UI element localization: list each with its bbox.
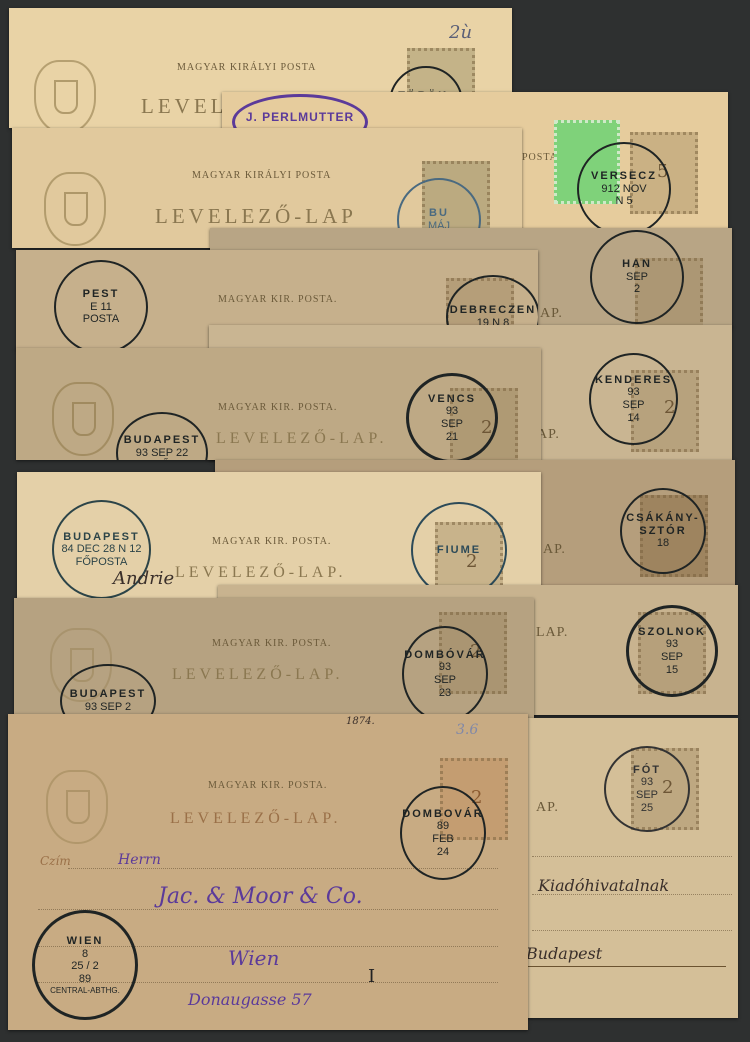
card-header: MAGYAR KIR. POSTA. <box>218 402 337 413</box>
postmark-left: WIEN825 / 289CENTRAL-ABTHG. <box>32 910 138 1020</box>
postcard-7: MAGYAR KIR. POSTA. LEVELEZŐ-LAP. BUDAPES… <box>16 348 541 460</box>
postmark: VERSECZ912 NOVN 5 <box>577 142 671 236</box>
card-header: MAGYAR KIR. POSTA. <box>218 294 337 305</box>
card-title: LEVELEZŐ-LAP. <box>172 666 344 684</box>
postcard-13: MAGYAR KIR. POSTA. LEVELEZŐ-LAP. 1874. 3… <box>8 714 528 1030</box>
postmark: HANSEP2 <box>590 230 684 324</box>
postmark-left: PESTE 11POSTA <box>54 260 148 350</box>
card-title: AP. <box>536 800 559 816</box>
card-header: MAGYAR KIRÁLYI POSTA <box>192 170 331 181</box>
card-title: LAP. <box>536 625 568 641</box>
postmark-right: DOMBOVÁR89FEB24 <box>400 786 486 880</box>
card-title: LEVELEZŐ-LAP. <box>170 810 342 828</box>
handwriting-line-1: Herrn <box>118 852 161 868</box>
handwriting-line-3: Wien <box>228 946 279 970</box>
handwriting-line-2: Budapest <box>526 944 602 963</box>
address-line <box>38 909 498 911</box>
card-header: POSTA <box>522 152 558 163</box>
postmark: SZOLNOK93SEP15 <box>626 605 718 697</box>
handwriting-line-1: Kiadóhivatalnak <box>538 876 669 895</box>
postmark-left: BUDAPEST93 SEP 22FŐ <box>116 412 208 460</box>
card-title: LEVELEZŐ-LAP. <box>175 564 347 582</box>
card-title: LEVELEZŐ-LAP <box>155 204 357 229</box>
postmark-right: FIUME <box>411 502 507 598</box>
card-header: MAGYAR KIR. POSTA. <box>212 536 331 547</box>
card-title: LEVELEZŐ-LAP. <box>216 430 388 448</box>
postcard-9: BUDAPEST84 DEC 28 N 12FŐPOSTA MAGYAR KIR… <box>17 472 541 598</box>
annotation: 2ù <box>449 22 472 43</box>
address-line <box>532 894 732 896</box>
card-header: MAGYAR KIR. POSTA. <box>212 638 331 649</box>
coat-of-arms-icon <box>46 770 108 844</box>
coat-of-arms-icon <box>52 382 114 456</box>
address-label: Czím <box>40 854 71 868</box>
handwriting-line-4: Donaugasse 57 <box>188 990 312 1009</box>
postmark: CSÁKÁNY-SZTÓR18 <box>620 488 706 574</box>
postmark: KENDERES93SEP14 <box>589 353 678 445</box>
card-title: AP. <box>540 306 563 322</box>
card-header: MAGYAR KIRÁLYI POSTA <box>177 62 316 73</box>
address-line <box>532 930 732 932</box>
address-line <box>532 856 732 858</box>
handwriting: Andrie <box>113 568 174 589</box>
card-header: MAGYAR KIR. POSTA. <box>208 780 327 791</box>
postcard-11: MAGYAR KIR. POSTA. LEVELEZŐ-LAP. BUDAPES… <box>14 598 534 718</box>
mark: I <box>368 966 375 987</box>
annotation-year: 1874. <box>346 716 375 727</box>
postmark: FÓT93SEP25 <box>604 746 690 832</box>
card-title: AP. <box>543 542 566 558</box>
postmark-right: DOMBÓVÁR93SEP23 <box>402 626 488 718</box>
handwriting-line-2: Jac. & Moor & Co. <box>158 884 363 909</box>
annotation-price: 3.6 <box>456 722 478 738</box>
underline <box>526 966 726 967</box>
coat-of-arms-icon <box>44 172 106 246</box>
postmark-right: VENCS93SEP21 <box>406 373 498 460</box>
coat-of-arms-icon <box>34 60 96 128</box>
